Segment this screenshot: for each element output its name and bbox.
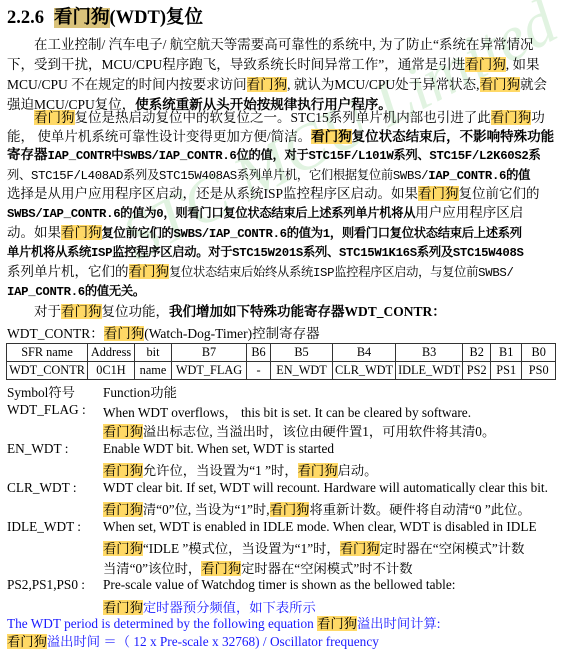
table-cell: B2: [463, 344, 491, 362]
text-line: 看门狗复位是热启动复位中的软复位之一。STC15系列单片机内部也引进了此看门狗功: [7, 109, 564, 128]
formula-equation: 看门狗溢出时间 ＝（ 12 x Pre-scale x 32768) / Osc…: [7, 633, 440, 651]
table-cell: -: [247, 362, 271, 380]
text-line: 下，受到干扰，MCU/CPU程序跑飞，导致系统长时间异常工作”，通常是引进看门狗…: [7, 55, 564, 75]
register-caption: WDT_CONTR：看门狗(Watch-Dog-Timer)控制寄存器: [7, 322, 320, 342]
highlight-term: 看门狗: [103, 424, 143, 439]
text-line: 能， 使单片机系统可靠性设计变得更加方便/简洁。看门狗复位状态结束后，不影响特殊…: [7, 128, 564, 147]
table-cell: Address: [88, 344, 135, 362]
highlight-term: 看门狗: [103, 463, 143, 478]
highlight-term: 看门狗: [129, 264, 170, 279]
table-cell: B5: [271, 344, 333, 362]
formula-intro: The WDT period is determined by the foll…: [7, 615, 440, 633]
table-cell: B4: [333, 344, 396, 362]
table-cell: PS2: [463, 362, 491, 380]
highlight-term: 看门狗: [34, 110, 75, 125]
table-cell: EN_WDT: [271, 362, 333, 380]
register-intro: 对于看门狗复位功能，我们增加如下特殊功能寄存器WDT_CONTR：: [34, 300, 446, 320]
text-line: SWBS/IAP_CONTR.6的值为0，则看门口复位状态结束后上述系列单片机将…: [7, 204, 564, 224]
highlight-term: 看门狗: [61, 225, 102, 240]
table-row: WDT_CONTR 0C1H name WDT_FLAG - EN_WDT CL…: [7, 362, 556, 380]
highlight-term: 看门狗: [103, 502, 143, 517]
highlight-term: 看门狗: [61, 304, 102, 319]
table-cell: PS1: [491, 362, 522, 380]
table-cell: CLR_WDT: [333, 362, 396, 380]
table-cell: B7: [172, 344, 247, 362]
highlight-term: 看门狗: [103, 600, 143, 615]
text-line: 选择是从用户应用程序区启动，还是从系统ISP监控程序区启动。如果看门狗复位前它们…: [7, 185, 564, 204]
table-cell: WDT_CONTR: [7, 362, 88, 380]
reset-paragraph: 看门狗复位是热启动复位中的软复位之一。STC15系列单片机内部也引进了此看门狗功…: [7, 109, 564, 302]
highlight-term: 看门狗: [480, 77, 521, 92]
highlight-term: 看门狗: [317, 616, 357, 631]
text-line: 动。如果看门狗复位前它们的SWBS/IAP_CONTR.6的值为1，则看门口复位…: [7, 224, 564, 244]
register-table: SFR name Address bit B7 B6 B5 B4 B3 B2 B…: [6, 343, 556, 380]
title-text: (WDT)复位: [110, 8, 204, 28]
section-title: 2.2.6看门狗(WDT)复位: [7, 3, 203, 29]
highlight-term: 看门狗: [247, 77, 288, 92]
table-header-row: SFR name Address bit B7 B6 B5 B4 B3 B2 B…: [7, 344, 556, 362]
highlight-term: 看门狗: [491, 110, 532, 125]
text-line: MCU/CPU 不在规定的时间内按要求访问看门狗, 就认为MCU/CPU处于异常…: [7, 75, 564, 95]
table-cell: B6: [247, 344, 271, 362]
highlight-term: 看门狗: [340, 541, 380, 556]
document-page: STC MCU Limited 2.2.6看门狗(WDT)复位 在工业控制/ 汽…: [0, 0, 578, 653]
table-cell: IDLE_WDT: [396, 362, 463, 380]
table-cell: 0C1H: [88, 362, 135, 380]
highlight-term: 看门狗: [298, 463, 338, 478]
text-line: 寄存器IAP_CONTR中SWBS/IAP_CONTR.6位的值，对于STC15…: [7, 146, 564, 166]
table-cell: SFR name: [7, 344, 88, 362]
text-line: 系列单片机，它们的看门狗复位状态结束后始终从系统ISP监控程序区启动，与复位前S…: [7, 263, 564, 283]
wdt-period-formula: The WDT period is determined by the foll…: [7, 615, 440, 651]
highlight-term: 看门狗: [418, 186, 459, 201]
table-cell: bit: [135, 344, 172, 362]
highlight-term: 看门狗: [270, 502, 310, 517]
highlight-term: 看门狗: [465, 57, 506, 72]
highlight-term: 看门狗: [103, 541, 143, 556]
text-line: IAP_CONTR.6的值无关。: [7, 282, 564, 302]
highlight-term: 看门狗: [201, 561, 241, 576]
table-cell: WDT_FLAG: [172, 362, 247, 380]
title-highlight: 看门狗: [54, 8, 110, 28]
section-number: 2.2.6: [7, 8, 44, 28]
table-cell: name: [135, 362, 172, 380]
table-cell: B3: [396, 344, 463, 362]
table-cell: B1: [491, 344, 522, 362]
highlight-term: 看门狗: [311, 129, 352, 144]
highlight-term: 看门狗: [7, 634, 47, 649]
text-line: 列、STC15F/L408AD系列及STC15W408AS系列单片机，它们根据复…: [7, 166, 564, 186]
highlight-term: 看门狗: [104, 326, 145, 341]
table-cell: PS0: [522, 362, 556, 380]
text-line: 在工业控制/ 汽车电子/ 航空航天等需要高可靠性的系统中, 为了防止“系统在异常…: [7, 35, 564, 55]
table-cell: B0: [522, 344, 556, 362]
intro-paragraph: 在工业控制/ 汽车电子/ 航空航天等需要高可靠性的系统中, 为了防止“系统在异常…: [7, 35, 564, 115]
text-line: 单片机将从系统ISP监控程序区启动。对于STC15W201S系列、STC15W1…: [7, 243, 564, 263]
